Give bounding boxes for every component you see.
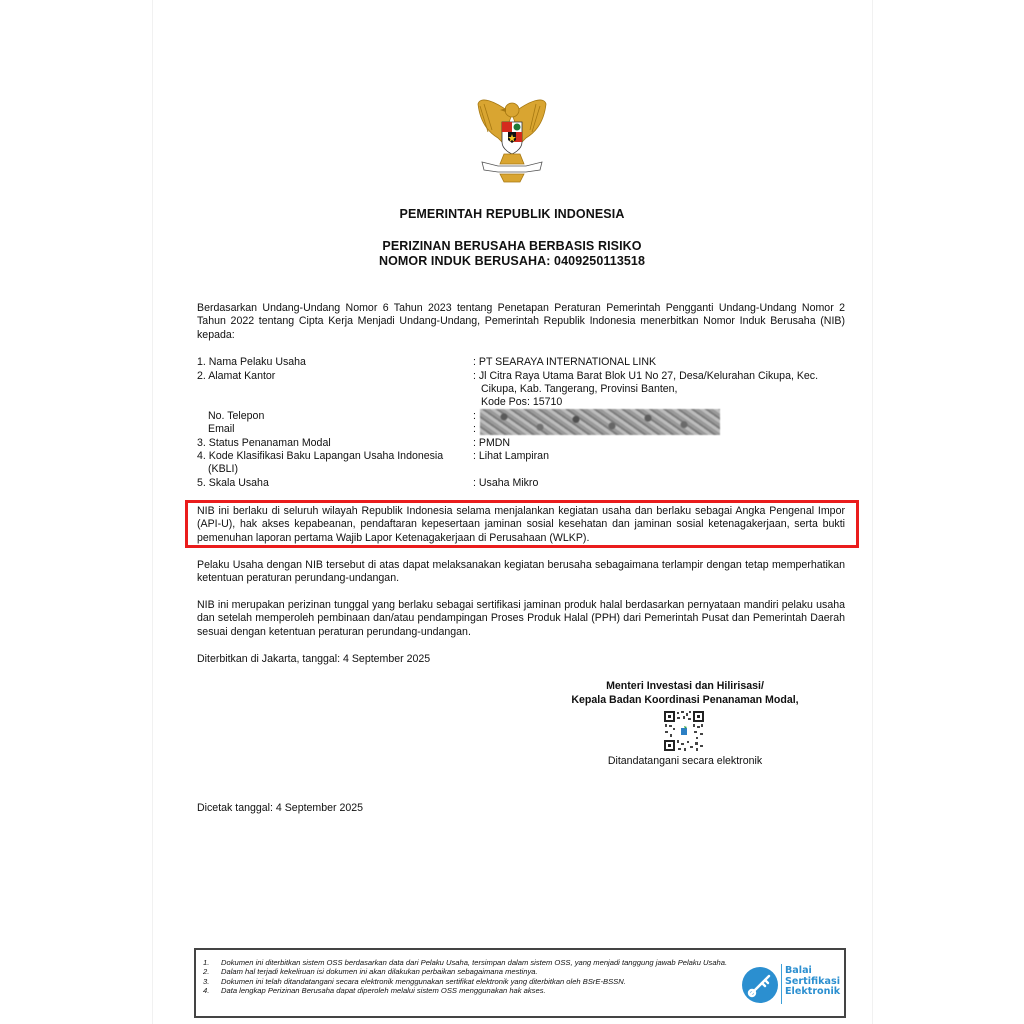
footer-note: 2.Dalam hal terjadi kekeliruan isi dokum… [203,967,743,976]
footer-note: 3.Dokumen ini telah ditandatangani secar… [203,977,743,986]
field-alamat-value-1: : Jl Citra Raya Utama Barat Blok U1 No 2… [473,370,853,383]
footer-note: 4.Data lengkap Perizinan Berusaha dapat … [203,986,743,995]
field-skala-value: : Usaha Mikro [473,477,853,490]
field-kbli-label-2: (KBLI) [208,463,478,476]
bsre-key-logo-icon [741,966,779,1004]
field-email-label: Email [208,423,478,436]
field-kbli-value: : Lihat Lampiran [473,450,853,463]
footer-notes: 1.Dokumen ini diterbitkan sistem OSS ber… [203,958,743,996]
intro-paragraph: Berdasarkan Undang-Undang Nomor 6 Tahun … [197,302,845,342]
field-skala-label: 5. Skala Usaha [197,477,467,490]
government-heading: PEMERINTAH REPUBLIK INDONESIA [0,207,1024,221]
field-alamat-value-3: Kode Pos: 15710 [481,396,861,409]
signatory-title-1: Menteri Investasi dan Hilirisasi/ [540,680,830,693]
printed-date: Dicetak tanggal: 4 September 2025 [197,802,845,815]
bsre-logo-text: Balai Sertifikasi Elektronik [785,966,840,998]
field-alamat-value-2: Cikupa, Kab. Tangerang, Provinsi Banten, [481,383,861,396]
field-status-value: : PMDN [473,437,853,450]
redacted-contact-info [480,409,720,435]
page-edge-right [872,0,873,1024]
field-kbli-label-1: 4. Kode Klasifikasi Baku Lapangan Usaha … [197,450,467,463]
paragraph-halal: NIB ini merupakan perizinan tunggal yang… [197,599,845,639]
field-nama-value: : PT SEARAYA INTERNATIONAL LINK [473,356,853,369]
field-alamat-label: 2. Alamat Kantor [197,370,467,383]
field-telepon-label: No. Telepon [208,410,478,423]
qr-code-icon [663,710,705,752]
page-edge-left [152,0,153,1024]
field-status-label: 3. Status Penanaman Modal [197,437,467,450]
document-title: PERIZINAN BERUSAHA BERBASIS RISIKO [0,239,1024,253]
nib-number: NOMOR INDUK BERUSAHA: 0409250113518 [0,254,1024,268]
garuda-emblem-icon [474,92,550,188]
bsre-divider [781,964,782,1004]
issued-date: Diterbitkan di Jakarta, tanggal: 4 Septe… [197,653,845,666]
signatory-title-2: Kepala Badan Koordinasi Penanaman Modal, [540,694,830,707]
field-nama-label: 1. Nama Pelaku Usaha [197,356,467,369]
electronic-signature-note: Ditandatangani secara elektronik [540,755,830,768]
footer-note: 1.Dokumen ini diterbitkan sistem OSS ber… [203,958,743,967]
paragraph-activities: Pelaku Usaha dengan NIB tersebut di atas… [197,559,845,586]
highlighted-paragraph: NIB ini berlaku di seluruh wilayah Repub… [197,505,845,545]
